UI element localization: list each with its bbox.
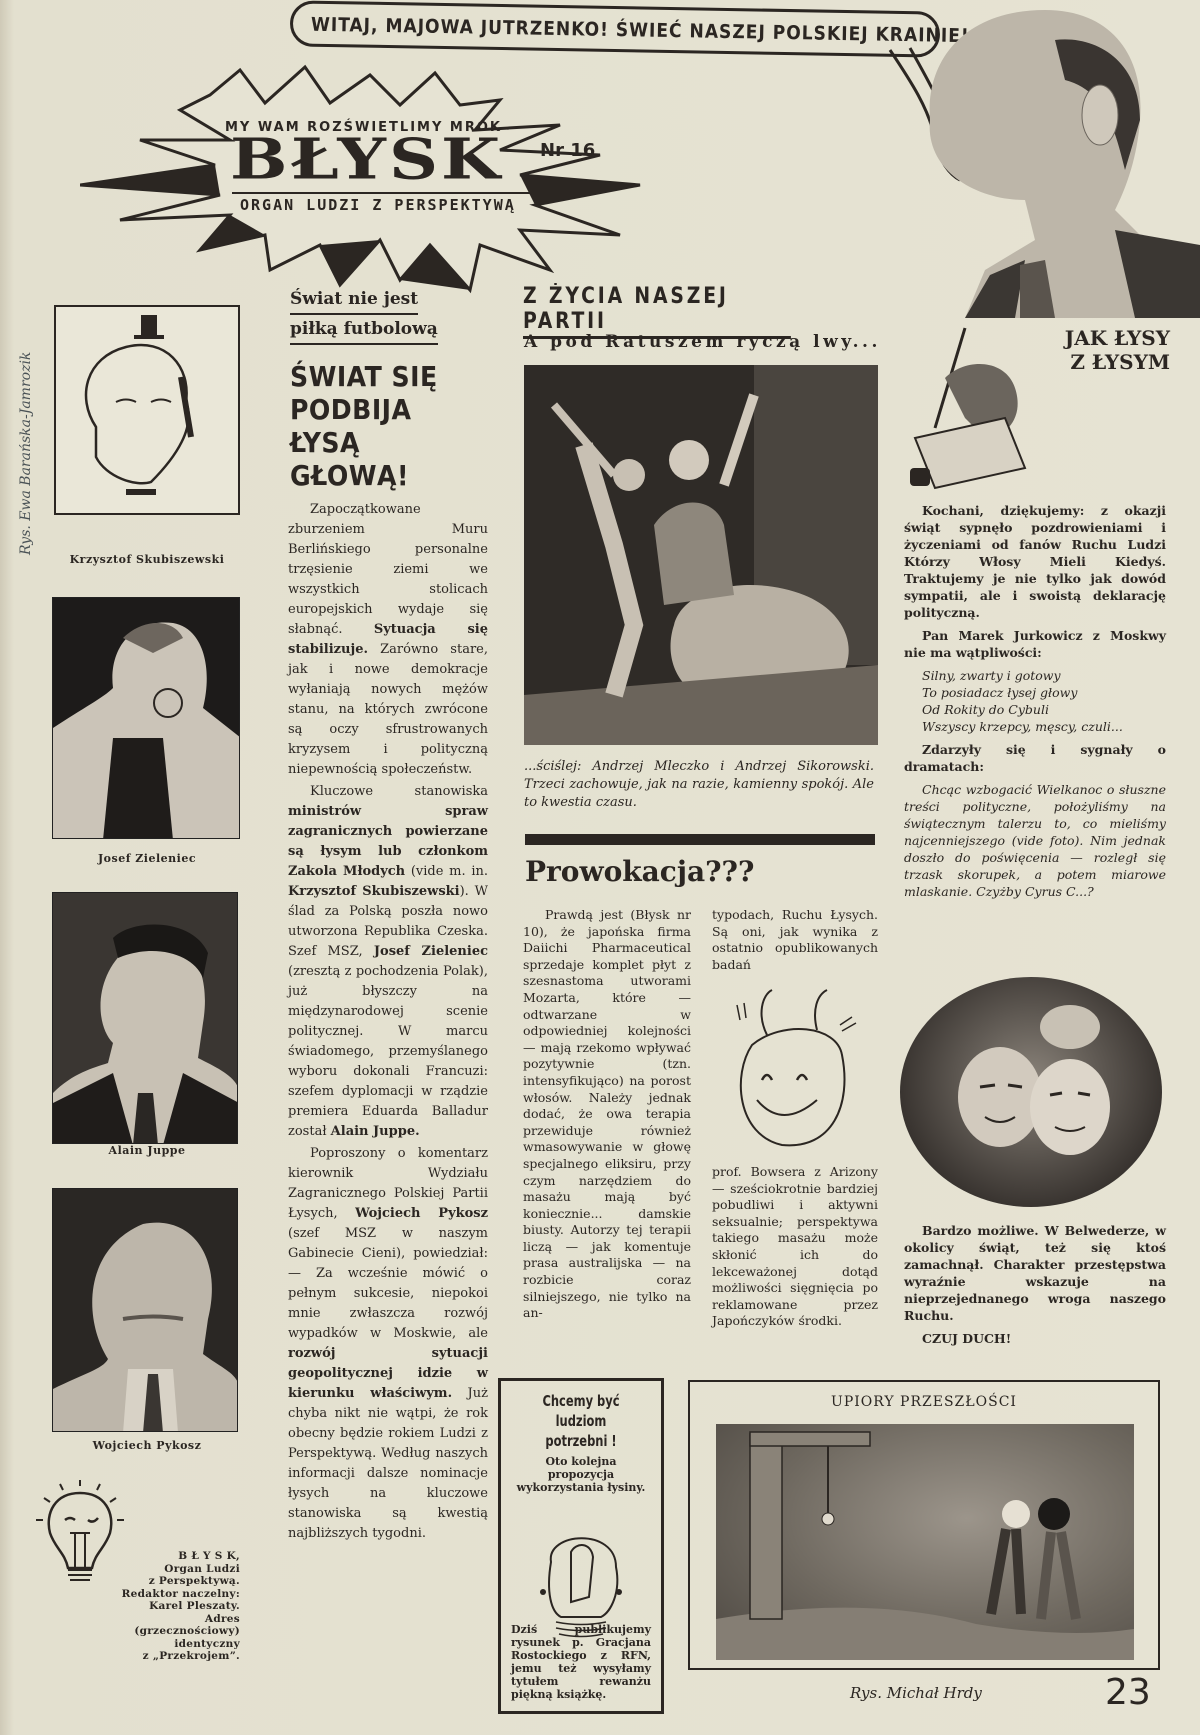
magazine-page: WITAJ, MAJOWA JUTRZENKO! ŚWIEĆ NASZEJ PO… — [0, 0, 1200, 1735]
article-paragraph: Poproszony o komentarz kierownik Wydział… — [288, 1144, 488, 1544]
provocation-title: Prowokacja??? — [525, 855, 754, 888]
photo-juppe — [52, 892, 238, 1144]
photo-lions — [524, 365, 878, 745]
issue-number: Nr 16 — [540, 140, 595, 161]
masthead-rule — [232, 192, 572, 194]
photo-zieleniec — [52, 597, 240, 839]
imprint: B Ł Y S K, Organ Ludzi z Perspektywą. Re… — [60, 1550, 240, 1663]
section-divider — [525, 834, 875, 845]
article-kicker: Świat nie jest piłką futbolową — [290, 285, 438, 345]
easter-eggs-photo — [900, 977, 1162, 1207]
illustration-credit: Rys. Ewa Barańska-Jamrozik — [14, 330, 54, 560]
photo-caption: ...ściślej: Andrzej Mleczko i Andrzej Si… — [524, 758, 874, 812]
caption-zieleniec: Josef Zieleniec — [54, 852, 240, 865]
page-number: 23 — [1105, 1672, 1151, 1713]
caption-juppe: Alain Juppe — [54, 1144, 240, 1157]
caption-skubiszewski: Krzysztof Skubiszewski — [54, 553, 240, 566]
box-chcemy: Chcemy być ludziom potrzebni ! Oto kolej… — [498, 1378, 664, 1714]
box-chcemy-intro: Oto kolejna propozycja wykorzystania łys… — [511, 1455, 651, 1494]
poem: Silny, zwarty i gotowy To posiadacz łyse… — [904, 667, 1166, 735]
smiling-head-drawing — [722, 985, 862, 1155]
masthead-title: BŁYSK — [230, 132, 503, 188]
article-paragraph: Zapoczątkowane zburzeniem Muru Berliński… — [288, 500, 488, 780]
letters-body: Kochani, dziękujemy: z okazji świąt sypn… — [904, 502, 1166, 906]
box-upiory: UPIORY PRZESZŁOŚCI — [688, 1380, 1160, 1670]
cartoon-credit: Rys. Michał Hrdy — [850, 1684, 982, 1702]
section-title: Z ŻYCIA NASZEJ PARTII — [523, 284, 791, 339]
provocation-col2-top: typodach, Ruchu Łysych. Są oni, jak wyni… — [712, 907, 878, 973]
gallows-cartoon — [716, 1424, 1134, 1660]
letters-title: JAK ŁYSY Z ŁYSYM — [1010, 326, 1170, 374]
letters-reply: Bardzo możliwe. W Belwederze, w okolicy … — [904, 1222, 1166, 1353]
provocation-col2-bottom: prof. Bowsera z Arizony — sześciokrotnie… — [712, 1164, 878, 1330]
article-body: Zapoczątkowane zburzeniem Muru Berliński… — [288, 500, 488, 1546]
article-headline: ŚWIAT SIĘ PODBIJA ŁYSĄ GŁOWĄ! — [290, 360, 438, 492]
caricature-skubiszewski — [54, 305, 240, 515]
article-paragraph: Kluczowe stanowiska ministrów spraw zagr… — [288, 782, 488, 1142]
caption-pykosz: Wojciech Pykosz — [54, 1439, 240, 1452]
box-chcemy-title: Chcemy być ludziom potrzebni ! — [522, 1391, 641, 1451]
masthead-subtitle: ORGAN LUDZI Z PERSPEKTYWĄ — [240, 196, 516, 214]
portrait-photo-top — [905, 0, 1200, 318]
section-subhead: A pod Ratuszem ryczą lwy... — [524, 332, 881, 352]
box-upiory-title: UPIORY PRZESZŁOŚCI — [690, 1394, 1158, 1410]
box-chcemy-footer: Dziś publikujemy rysunek p. Gracjana Ros… — [511, 1623, 651, 1701]
caricature-drawing — [56, 307, 238, 513]
provocation-col1: Prawdą jest (Błysk nr 10), że japońska f… — [523, 907, 691, 1324]
photo-pykosz — [52, 1188, 238, 1432]
